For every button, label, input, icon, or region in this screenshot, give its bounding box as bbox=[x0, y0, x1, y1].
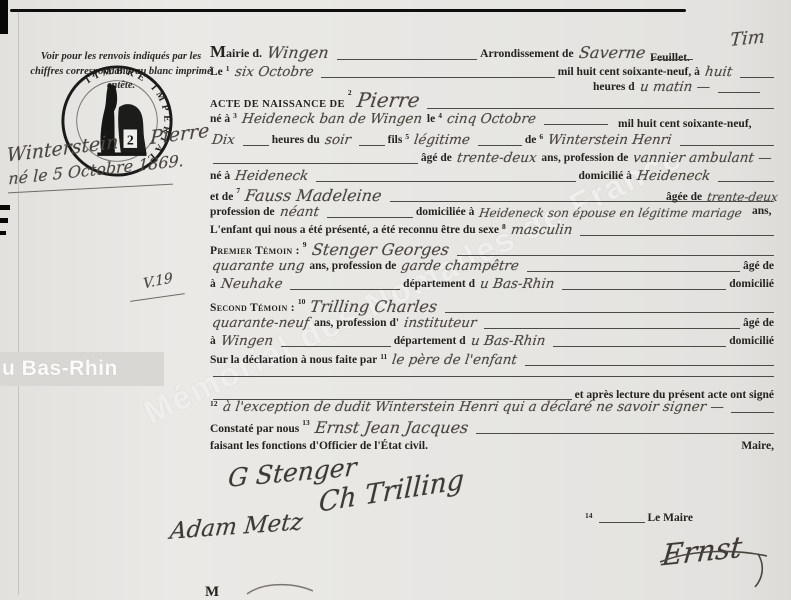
domicilie-right-label: domicilié bbox=[729, 278, 777, 292]
profession-de-label: profession de bbox=[210, 206, 278, 220]
age-de-label: âgé de bbox=[421, 152, 455, 166]
heures-du-label: heures du bbox=[272, 134, 323, 148]
renvoi-9: 9 bbox=[303, 241, 310, 250]
witness1-age-line: quarante ung ans, profession de garde ch… bbox=[210, 259, 777, 275]
mother-age-right: âgée de trente-deux bbox=[666, 191, 777, 205]
constate-label: Constaté par nous bbox=[210, 423, 302, 437]
fill-rule bbox=[484, 326, 740, 329]
fill-rule bbox=[599, 520, 645, 523]
witness2-age-value: quarante-neuf bbox=[209, 316, 315, 332]
de-label: de bbox=[525, 134, 540, 148]
fill-rule bbox=[718, 179, 774, 182]
agee-de-label: âgée de bbox=[666, 191, 705, 205]
renvoi-11: 11 bbox=[380, 353, 390, 362]
birthdate-value: cinq Octobre bbox=[444, 112, 542, 128]
departement-label: département d bbox=[403, 278, 478, 292]
witness2-name-line: Second Témoin : 10 Trilling Charles bbox=[210, 298, 777, 316]
margin-folio-ref: V.19 bbox=[141, 269, 178, 293]
soir-value: soir bbox=[322, 133, 357, 149]
fonctions-label: faisant les fonctions d'Officier de l'Ét… bbox=[210, 440, 431, 454]
father-age-value: trente-deux bbox=[454, 151, 543, 167]
birthplace-value: Heideneck ban de Wingen bbox=[239, 112, 428, 128]
mairie-label: Mairie d. bbox=[210, 42, 265, 63]
corner-handwritten-mark: Tim bbox=[727, 26, 770, 52]
fill-rule bbox=[359, 143, 385, 146]
fill-rule bbox=[243, 143, 269, 146]
fill-rule bbox=[476, 431, 774, 434]
birth-record-scan: u Bas-Rhin Mémorial des Nomades de Franc… bbox=[0, 0, 791, 600]
renvoi-3: 3 bbox=[233, 112, 240, 121]
renvoi-12: 12 bbox=[210, 400, 221, 409]
witness2-name-value: Trilling Charles bbox=[307, 298, 444, 316]
folio-ref-underline bbox=[130, 293, 185, 302]
next-record-cutoff: M bbox=[205, 584, 222, 600]
hour-of-birth: Dix bbox=[209, 133, 241, 149]
father-name-value: Winterstein Henri bbox=[545, 133, 678, 149]
witness2-departement-value: u Bas-Rhin bbox=[468, 334, 552, 350]
witness1-departement-value: u Bas-Rhin bbox=[477, 277, 561, 293]
ne-a-label: né à bbox=[210, 113, 233, 127]
acte-title-line: Acte de naissance de 2 Pierre bbox=[210, 89, 777, 112]
mother-profession-line: profession de néant domiciliée à Heidene… bbox=[210, 205, 747, 221]
ans-profession-label: ans, profession de bbox=[541, 152, 631, 166]
arrondissement-value: Saverne bbox=[575, 44, 651, 62]
maire-right-label: Maire, bbox=[741, 440, 777, 454]
witness2-age-line: quarante-neuf ans, profession d' institu… bbox=[210, 316, 777, 332]
father-birthplace-value: Heideneck bbox=[232, 169, 314, 185]
fill-rule bbox=[478, 143, 522, 146]
domicilie-right-label-2: domicilié bbox=[729, 335, 777, 349]
fill-rule bbox=[316, 179, 575, 182]
witness2-town-value: Wingen bbox=[218, 334, 279, 350]
legitime-value: légitime bbox=[411, 133, 476, 149]
mairie-line: Mairie d. Wingen Arrondissement de Saver… bbox=[210, 42, 696, 63]
birthplace-line: né à 3 Heideneck ban de Wingen le 4 cinq… bbox=[210, 112, 611, 128]
mother-profession-value: néant bbox=[277, 205, 325, 221]
domiciliee-label: domiciliée à bbox=[416, 206, 477, 220]
maire-signature-flourish bbox=[655, 540, 775, 590]
witness2-residence-line: à Wingen département d u Bas-Rhin domici… bbox=[210, 334, 777, 350]
witness1-ans-label: ans, profession de bbox=[309, 260, 399, 274]
le-maire-label: Le Maire bbox=[648, 512, 696, 526]
witness2-profession-value: instituteur bbox=[401, 316, 483, 332]
scan-edge-mark bbox=[0, 0, 8, 34]
fill-rule bbox=[281, 344, 391, 347]
fill-rule bbox=[731, 410, 774, 413]
fill-rule bbox=[527, 269, 740, 272]
mairie-value: Wingen bbox=[264, 44, 335, 62]
le-maire-line: 14 Le Maire bbox=[585, 512, 695, 526]
declaration-line: Sur la déclaration à nous faite par 11 l… bbox=[210, 353, 777, 369]
date-value: six Octobre bbox=[231, 65, 319, 81]
age-de-right-label: âgé de bbox=[743, 260, 777, 274]
departement-label-2: département d bbox=[394, 335, 469, 349]
et-de-label: et de bbox=[210, 191, 236, 205]
mother-age-value: trente-deux bbox=[704, 191, 784, 205]
fill-rule bbox=[445, 310, 774, 313]
renvoi-1: 1 bbox=[226, 65, 233, 74]
renvoi-8: 8 bbox=[502, 223, 509, 232]
fill-rule bbox=[457, 253, 774, 256]
fill-rule bbox=[213, 374, 774, 377]
fill-rule bbox=[213, 161, 418, 164]
enfant-presente-label: L'enfant qui nous a été présenté, a été … bbox=[210, 224, 502, 238]
mayor-name-value: Ernst Jean Jacques bbox=[311, 419, 474, 437]
father-age-profession-line: âgé de trente-deux ans, profession de va… bbox=[210, 151, 777, 167]
fill-rule bbox=[525, 363, 774, 366]
page-top-rule bbox=[10, 9, 686, 12]
le-label: Le bbox=[210, 66, 226, 80]
father-birthplace-line: né à Heideneck domicilié à Heideneck bbox=[210, 169, 777, 185]
birthyear-print: mil huit cent soixante-neuf, bbox=[618, 118, 755, 132]
fill-rule bbox=[337, 57, 478, 60]
witness1-name-line: Premier Témoin : 9 Stenger Georges bbox=[210, 241, 777, 259]
age-de-right-label-2: âgé de bbox=[743, 317, 777, 331]
blank-ruled-line bbox=[210, 374, 777, 380]
fill-rule bbox=[553, 344, 726, 347]
witness1-age-value: quarante ung bbox=[209, 259, 311, 275]
witness2-ans-label: ans, profession d' bbox=[314, 317, 402, 331]
child-name-value: Pierre bbox=[353, 89, 426, 112]
scan-edge-mark bbox=[0, 218, 8, 223]
fill-rule bbox=[290, 287, 400, 290]
ans-label: ans, bbox=[752, 205, 775, 219]
declarant-value: le père de l'enfant bbox=[389, 353, 523, 369]
scan-edge-mark bbox=[0, 205, 10, 210]
signature-adam-metz: Adam Metz bbox=[169, 509, 304, 545]
renvoi-13: 13 bbox=[302, 419, 313, 428]
fonctions-line: faisant les fonctions d'Officier de l'Ét… bbox=[210, 440, 777, 454]
exception-line: 12 à l'exception de dudit Winterstein He… bbox=[210, 400, 777, 416]
witness1-town-value: Neuhake bbox=[218, 277, 289, 293]
birth-hour-filiation-line: Dix heures du soir fils 5 légitime de 6 … bbox=[210, 133, 777, 149]
fold-line bbox=[18, 10, 19, 595]
fill-rule bbox=[653, 57, 693, 60]
witness1-residence-line: à Neuhake département d u Bas-Rhin domic… bbox=[210, 277, 777, 293]
renvoi-2: 2 bbox=[348, 89, 355, 98]
domicilie-label: domicilié à bbox=[579, 170, 635, 184]
renvoi-7: 7 bbox=[236, 187, 243, 196]
father-profession-value: vannier ambulant — bbox=[630, 151, 778, 167]
declaration-label: Sur la déclaration à nous faite par bbox=[210, 354, 380, 368]
watermark-band: u Bas-Rhin bbox=[0, 352, 164, 386]
father-domicile-value: Heideneck bbox=[634, 169, 716, 185]
fill-rule bbox=[562, 287, 726, 290]
mother-age-ans: ans, bbox=[752, 205, 777, 219]
renvoi-10: 10 bbox=[298, 298, 309, 307]
fill-rule bbox=[427, 106, 774, 109]
mother-name-value: Fauss Madeleine bbox=[242, 187, 388, 205]
fill-rule bbox=[740, 75, 774, 78]
fill-rule bbox=[321, 75, 555, 78]
birthyear-right: mil huit cent soixante-neuf, bbox=[618, 118, 777, 132]
sex-line: L'enfant qui nous a été présenté, a été … bbox=[210, 223, 777, 239]
watermark-band-text: u Bas-Rhin bbox=[0, 357, 118, 381]
renvoi-14: 14 bbox=[585, 512, 596, 521]
ne-a-label-2: né à bbox=[210, 170, 233, 184]
fils-label: fils bbox=[388, 134, 406, 148]
fill-rule bbox=[327, 215, 413, 218]
sex-value: masculin bbox=[508, 223, 579, 239]
arrondissement-label: Arrondissement de bbox=[480, 48, 576, 62]
witness1-name-value: Stenger Georges bbox=[308, 241, 455, 259]
witness1-profession-value: garde champêtre bbox=[398, 259, 525, 275]
mother-domicile-value: Heideneck son épouse en légitime mariage bbox=[476, 207, 748, 221]
fill-rule bbox=[544, 122, 608, 125]
scan-edge-mark bbox=[0, 231, 6, 235]
le-label-2: le bbox=[427, 113, 438, 127]
cutoff-handwriting-stroke bbox=[245, 579, 315, 599]
exception-value: à l'exception de dudit Winterstein Henri… bbox=[219, 400, 729, 416]
fill-rule bbox=[680, 143, 774, 146]
constate-line: Constaté par nous 13 Ernst Jean Jacques bbox=[210, 419, 777, 437]
spacer bbox=[434, 449, 738, 451]
fill-rule bbox=[580, 233, 774, 236]
